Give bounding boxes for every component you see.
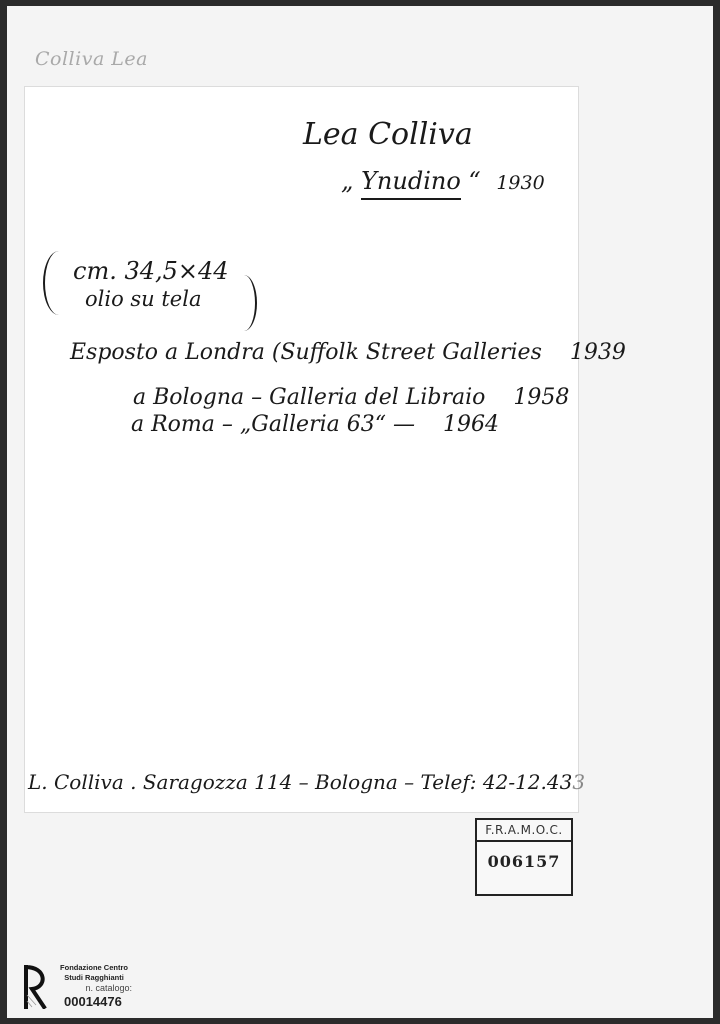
- handwritten-sheet: Lea Colliva „ Ynudino “ 1930 cm. 34,5×44…: [24, 86, 579, 813]
- framoc-stamp: F.R.A.M.O.C. 006157: [475, 818, 573, 896]
- exhibition-venue: „Galleria 63“ —: [240, 412, 415, 437]
- exhibition-entry: a Bologna – Galleria del Libraio1958: [133, 385, 569, 410]
- stamp-number: 006157: [477, 852, 571, 871]
- exhibition-venue: Galleria del Libraio: [269, 385, 485, 410]
- title-close-quote: “: [468, 167, 480, 195]
- exhibition-year: 1964: [443, 412, 499, 437]
- stamp-header: F.R.A.M.O.C.: [477, 820, 571, 842]
- organization-name: Fondazione Centro: [56, 963, 132, 973]
- artwork-dimensions: cm. 34,5×44: [73, 257, 229, 285]
- archive-mount: Colliva Lea Lea Colliva „ Ynudino “ 1930…: [7, 6, 713, 1018]
- artist-address: L. Colliva . Saragozza 114 – Bologna – T…: [28, 770, 585, 794]
- exhibition-venue: Suffolk Street Galleries: [280, 340, 541, 365]
- archive-label: Fondazione Centro Studi Ragghianti n. ca…: [56, 963, 132, 1010]
- exhibition-year: 1939: [570, 340, 626, 365]
- artwork-title-line: „ Ynudino “ 1930: [341, 167, 545, 195]
- exhibition-place: Esposto a Londra (: [70, 340, 280, 365]
- exhibition-place: a Roma –: [131, 412, 240, 437]
- catalog-number: 00014476: [56, 994, 132, 1010]
- artist-name: Lea Colliva: [303, 117, 473, 152]
- exhibition-entry: Esposto a Londra (Suffolk Street Galleri…: [70, 340, 626, 365]
- artwork-medium: olio su tela: [85, 287, 201, 311]
- pencil-mark: 3: [572, 770, 585, 794]
- title-open-quote: „: [341, 167, 353, 195]
- bracket-open: [43, 251, 75, 315]
- artwork-title: Ynudino: [361, 167, 461, 200]
- ragghianti-logo-icon: [24, 965, 48, 1009]
- exhibition-entry: a Roma – „Galleria 63“ —1964: [131, 412, 499, 437]
- organization-name-2: Studi Ragghianti: [56, 973, 132, 983]
- bracket-close: [231, 275, 257, 331]
- exhibition-year: 1958: [513, 385, 569, 410]
- exhibition-place: a Bologna –: [133, 385, 269, 410]
- artwork-year: 1930: [496, 172, 544, 194]
- catalog-label: n. catalogo:: [56, 983, 132, 994]
- address-text: L. Colliva . Saragozza 114 – Bologna – T…: [28, 770, 572, 794]
- pencil-annotation: Colliva Lea: [35, 48, 148, 70]
